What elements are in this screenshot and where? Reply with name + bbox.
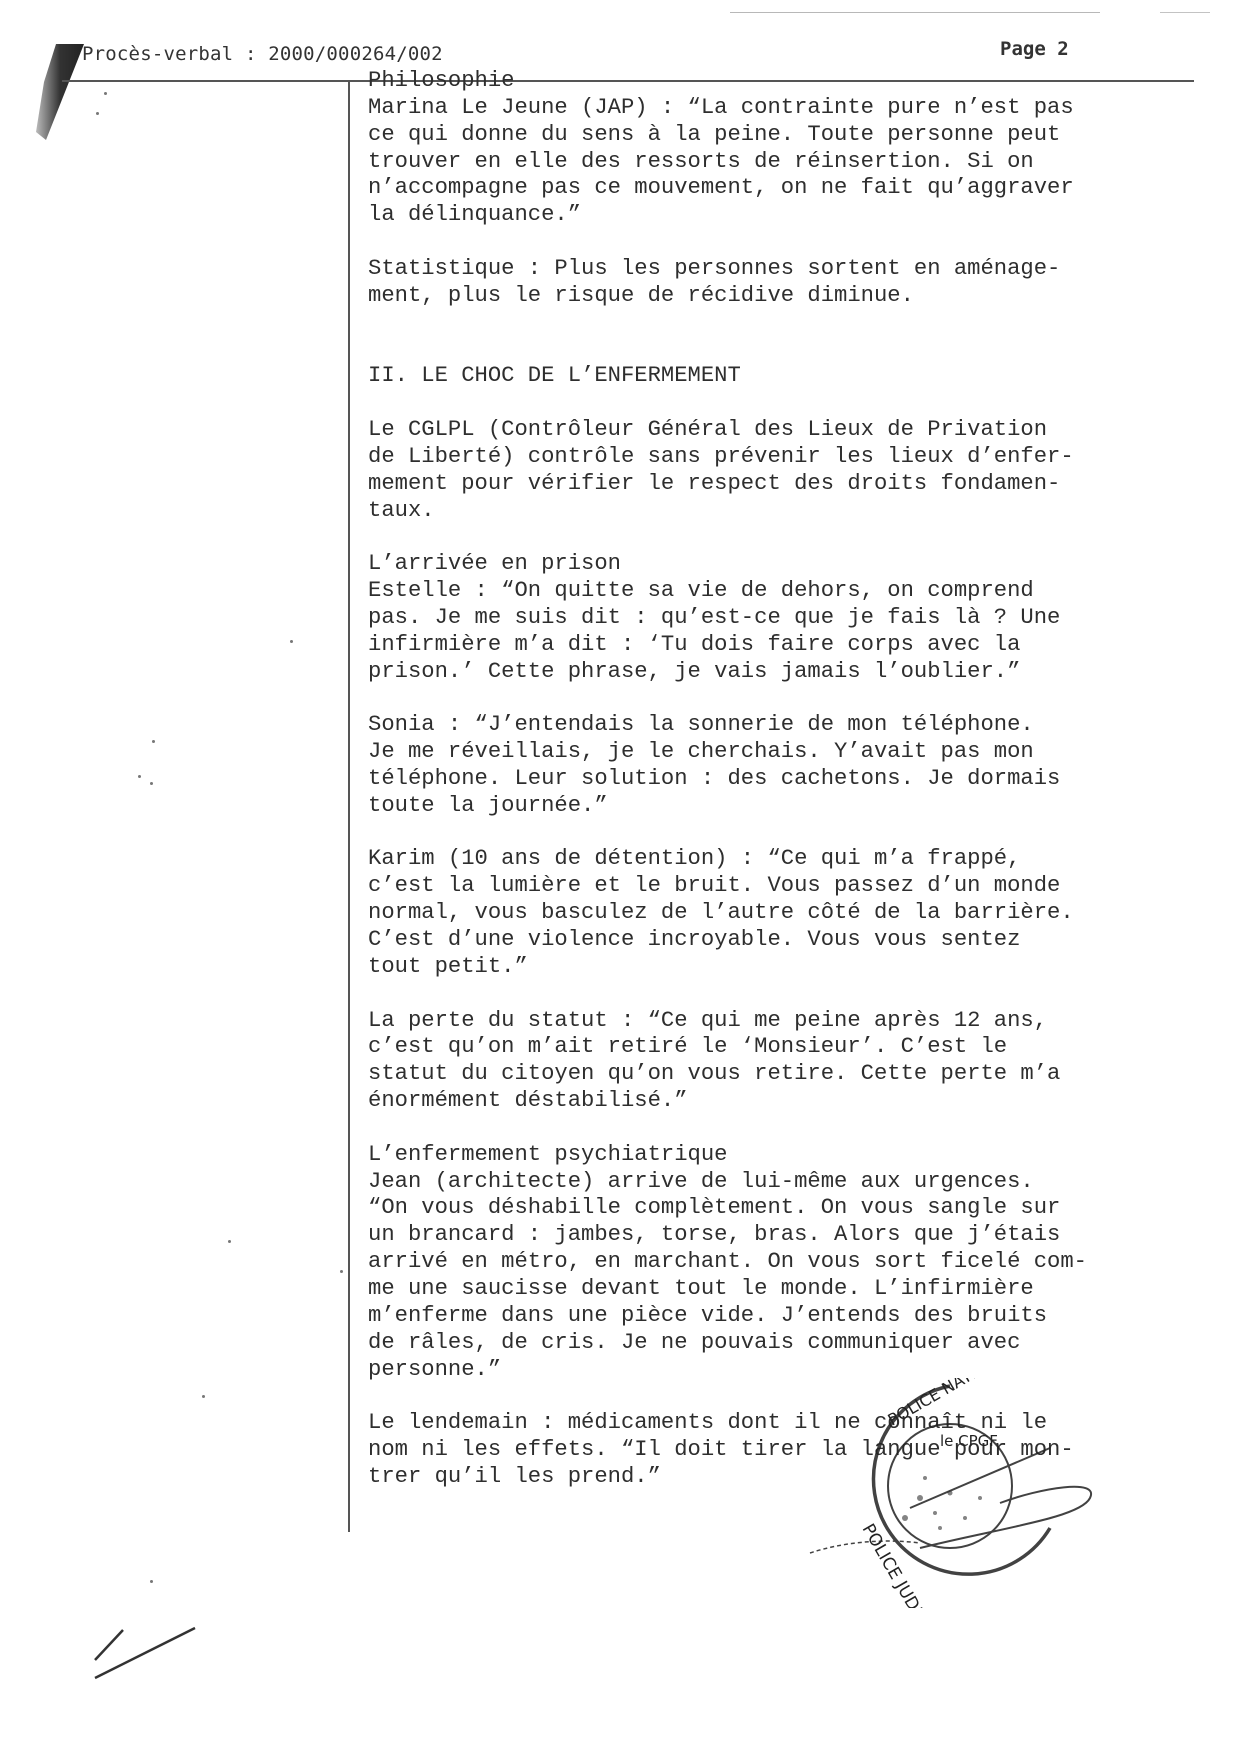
scan-speck <box>340 1270 343 1273</box>
blank-line <box>368 524 1198 551</box>
svg-text:POLICE JUDICIAIRE: POLICE JUDICIAIRE <box>858 1521 954 1609</box>
blank-line <box>368 390 1198 417</box>
scan-speck <box>228 1240 231 1243</box>
margin-divider <box>348 80 350 1532</box>
text-line: trer qu’il les prend.” <box>368 1464 1198 1491</box>
text-line: infirmière m’a dit : ‘Tu dois faire corp… <box>368 632 1198 659</box>
blank-line <box>368 336 1198 363</box>
text-line: tout petit.” <box>368 954 1198 981</box>
text-line: statut du citoyen qu’on vous retire. Cet… <box>368 1061 1198 1088</box>
text-line: Le CGLPL (Contrôleur Général des Lieux d… <box>368 417 1198 444</box>
text-line: Sonia : “J’entendais la sonnerie de mon … <box>368 712 1198 739</box>
text-line: Philosophie <box>368 68 1198 95</box>
text-line: La perte du statut : “Ce qui me peine ap… <box>368 1008 1198 1035</box>
text-line: Je me réveillais, je le cherchais. Y’ava… <box>368 739 1198 766</box>
text-line: normal, vous basculez de l’autre côté de… <box>368 900 1198 927</box>
blank-line <box>368 685 1198 712</box>
text-line: nom ni les effets. “Il doit tirer la lan… <box>368 1437 1198 1464</box>
text-line: C’est d’une violence incroyable. Vous vo… <box>368 927 1198 954</box>
text-line: personne.” <box>368 1357 1198 1384</box>
text-line: prison.’ Cette phrase, je vais jamais l’… <box>368 659 1198 686</box>
text-line: “On vous déshabille complètement. On vou… <box>368 1195 1198 1222</box>
text-line: trouver en elle des ressorts de réinsert… <box>368 149 1198 176</box>
text-line: Karim (10 ans de détention) : “Ce qui m’… <box>368 846 1198 873</box>
text-line: énormément déstabilisé.” <box>368 1088 1198 1115</box>
document-body: PhilosophieMarina Le Jeune (JAP) : “La c… <box>368 68 1198 1491</box>
blank-line <box>368 1115 1198 1142</box>
text-line: de Liberté) contrôle sans prévenir les l… <box>368 444 1198 471</box>
document-reference: Procès-verbal : 2000/000264/002 <box>82 43 443 65</box>
text-line: m’enferme dans une pièce vide. J’entends… <box>368 1303 1198 1330</box>
text-line: la délinquance.” <box>368 202 1198 229</box>
text-line: ment, plus le risque de récidive diminue… <box>368 283 1198 310</box>
text-line: L’enfermement psychiatrique <box>368 1142 1198 1169</box>
text-line: un brancard : jambes, torse, bras. Alors… <box>368 1222 1198 1249</box>
text-line: n’accompagne pas ce mouvement, on ne fai… <box>368 175 1198 202</box>
text-line: pas. Je me suis dit : qu’est-ce que je f… <box>368 605 1198 632</box>
text-line: Le lendemain : médicaments dont il ne co… <box>368 1410 1198 1437</box>
blank-line <box>368 229 1198 256</box>
text-line: mement pour vérifier le respect des droi… <box>368 471 1198 498</box>
blank-line <box>368 981 1198 1008</box>
text-line: L’arrivée en prison <box>368 551 1198 578</box>
text-line: taux. <box>368 498 1198 525</box>
scan-speck <box>138 775 141 778</box>
scan-speck <box>202 1395 205 1398</box>
text-line: arrivé en métro, en marchant. On vous so… <box>368 1249 1198 1276</box>
scan-artifact-line <box>730 12 1100 13</box>
text-line: téléphone. Leur solution : des cachetons… <box>368 766 1198 793</box>
text-line: c’est la lumière et le bruit. Vous passe… <box>368 873 1198 900</box>
text-line: c’est qu’on m’ait retiré le ‘Monsieur’. … <box>368 1034 1198 1061</box>
scan-speck <box>150 1580 153 1583</box>
scan-artifact-line <box>1160 12 1210 13</box>
scan-speck <box>290 640 293 643</box>
corner-fold-mark-icon <box>26 42 86 142</box>
text-line: Statistique : Plus les personnes sortent… <box>368 256 1198 283</box>
page-number: Page 2 <box>1000 38 1069 60</box>
blank-line <box>368 310 1198 337</box>
text-line: ce qui donne du sens à la peine. Toute p… <box>368 122 1198 149</box>
text-line: toute la journée.” <box>368 793 1198 820</box>
scan-speck <box>96 112 99 115</box>
scan-speck <box>150 782 153 785</box>
scan-speck <box>152 740 155 743</box>
text-line: Jean (architecte) arrive de lui-même aux… <box>368 1169 1198 1196</box>
scan-speck <box>104 92 107 95</box>
blank-line <box>368 820 1198 847</box>
text-line: me une saucisse devant tout le monde. L’… <box>368 1276 1198 1303</box>
text-line: II. LE CHOC DE L’ENFERMEMENT <box>368 363 1198 390</box>
text-line: Marina Le Jeune (JAP) : “La contrainte p… <box>368 95 1198 122</box>
text-line: de râles, de cris. Je ne pouvais communi… <box>368 1330 1198 1357</box>
text-line: Estelle : “On quitte sa vie de dehors, o… <box>368 578 1198 605</box>
signature-mark-icon <box>85 1600 215 1690</box>
blank-line <box>368 1383 1198 1410</box>
